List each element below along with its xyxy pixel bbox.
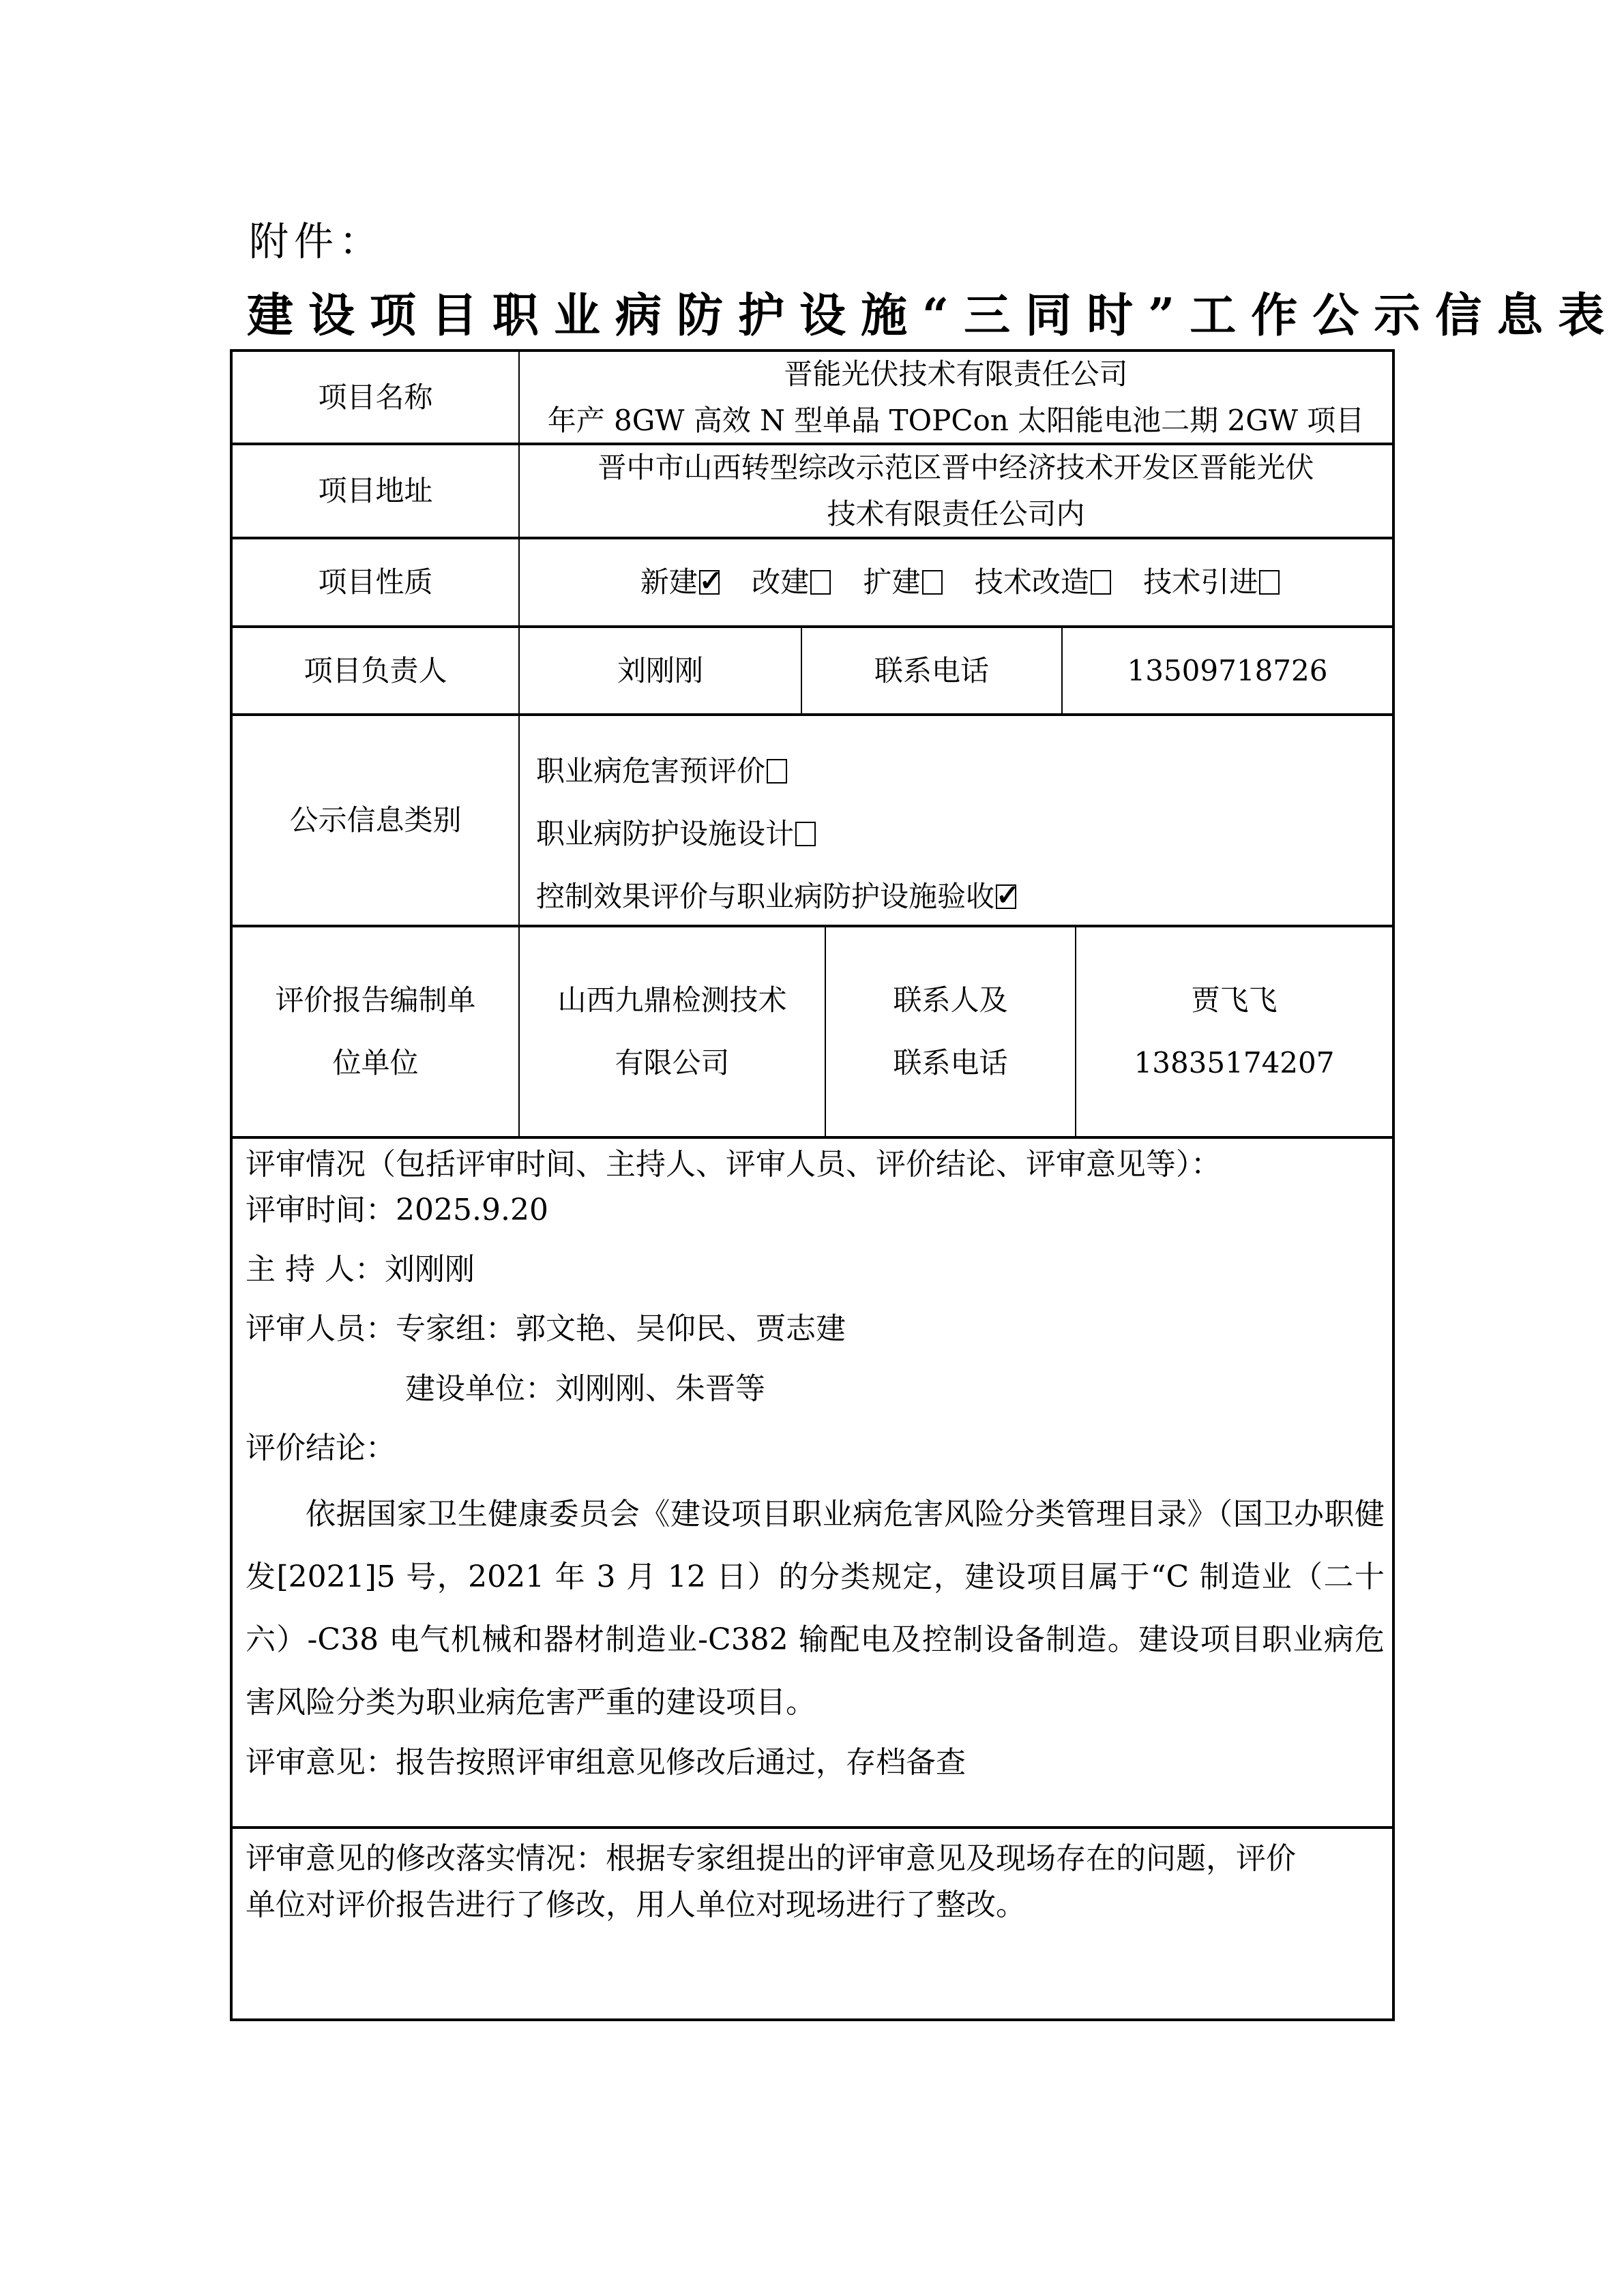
info-category-label: 公示信息类别 <box>289 797 461 844</box>
reviewers-builder-line: 建设单位：刘刚刚、朱晋等 <box>405 1369 765 1410</box>
project-leader-label-cell: 项目负责人 <box>233 628 518 713</box>
leader-phone-label-cell: 联系电话 <box>802 628 1061 713</box>
checkbox-checked-icon[interactable] <box>996 884 1016 909</box>
project-address-line2: 技术有限责任公司内 <box>597 491 1314 537</box>
review-host-line: 主 持 人：刘刚刚 <box>246 1249 475 1290</box>
nature-option-new[interactable]: 新建 <box>640 565 720 599</box>
reviewers-builders: 刘刚刚、朱晋等 <box>555 1371 765 1406</box>
project-name-value-cell: 晋能光伏技术有限责任公司 年产 8GW 高效 N 型单晶 TOPCon 太阳能电… <box>520 352 1392 443</box>
conclusion-text: 依据国家卫生健康委员会《建设项目职业病危害风险分类管理目录》（国卫办职健发[20… <box>246 1483 1385 1734</box>
project-address-value-cell: 晋中市山西转型综改示范区晋中经济技术开发区晋能光伏 技术有限责任公司内 <box>520 445 1392 537</box>
checkbox-icon[interactable] <box>767 759 787 784</box>
reviewers-experts: 郭文艳、吴仰民、贾志建 <box>516 1311 846 1346</box>
contact-label-line2: 联系电话 <box>893 1032 1007 1094</box>
report-unit-label-line1: 评价报告编制单 <box>275 969 475 1032</box>
review-time: 2025.9.20 <box>396 1193 548 1227</box>
nature-option-rebuild[interactable]: 改建 <box>752 565 831 599</box>
project-address-line1: 晋中市山西转型综改示范区晋中经济技术开发区晋能光伏 <box>597 445 1314 491</box>
project-nature-label-cell: 项目性质 <box>233 539 518 625</box>
project-address-label: 项目地址 <box>318 468 432 514</box>
report-unit-name-line2: 有限公司 <box>557 1032 786 1094</box>
project-nature-options-cell: 新建 改建 扩建 技术改造 技术引进 <box>520 539 1392 625</box>
category-option-facility-design[interactable]: 职业病防护设施设计 <box>536 811 816 852</box>
project-leader-label: 项目负责人 <box>304 648 447 694</box>
page-title: 建设项目职业病防护设施“三同时”工作公示信息表 <box>247 285 1619 346</box>
checkbox-icon[interactable] <box>1091 570 1111 595</box>
checkbox-checked-icon[interactable] <box>699 570 720 595</box>
leader-phone: 13509718726 <box>1127 648 1328 694</box>
implementation-line2: 单位对评价报告进行了修改，用人单位对现场进行了整改。 <box>246 1885 1026 1926</box>
attachment-label: 附件： <box>249 217 384 266</box>
table-border-bottom <box>230 2018 1395 2021</box>
project-name-label-cell: 项目名称 <box>233 352 518 443</box>
review-time-line: 评审时间：2025.9.20 <box>246 1190 548 1231</box>
category-option-control-acceptance[interactable]: 控制效果评价与职业病防护设施验收 <box>536 874 1016 915</box>
reviewers-experts-line: 评审人员：专家组：郭文艳、吴仰民、贾志建 <box>246 1309 846 1350</box>
implementation-section: 评审意见的修改落实情况：根据专家组提出的评审意见及现场存在的问题，评价 单位对评… <box>246 1829 1385 2018</box>
project-nature-label: 项目性质 <box>318 559 432 606</box>
contact-label-line1: 联系人及 <box>893 969 1007 1032</box>
contact-name: 贾飞飞 <box>1134 969 1335 1032</box>
report-unit-label-cell: 评价报告编制单 位单位 <box>233 927 518 1136</box>
project-address-label-cell: 项目地址 <box>233 445 518 537</box>
project-leader-name: 刘刚刚 <box>617 648 703 694</box>
nature-option-tech-import[interactable]: 技术引进 <box>1143 565 1280 599</box>
nature-option-expand[interactable]: 扩建 <box>863 565 942 599</box>
project-leader-name-cell: 刘刚刚 <box>520 628 801 713</box>
info-category-options: 职业病危害预评价 职业病防护设施设计 控制效果评价与职业病防护设施验收 <box>536 716 1389 925</box>
implementation-line1: 评审意见的修改落实情况：根据专家组提出的评审意见及现场存在的问题，评价 <box>246 1838 1296 1879</box>
category-option-pre-assessment[interactable]: 职业病危害预评价 <box>536 749 787 790</box>
review-opinion: 报告按照评审组意见修改后通过，存档备查 <box>396 1745 966 1780</box>
report-unit-name-cell: 山西九鼎检测技术 有限公司 <box>520 927 825 1136</box>
project-name-label: 项目名称 <box>318 374 432 421</box>
review-heading: 评审情况（包括评审时间、主持人、评审人员、评价结论、评审意见等）： <box>246 1144 1221 1185</box>
project-name-project: 年产 8GW 高效 N 型单晶 TOPCon 太阳能电池二期 2GW 项目 <box>548 398 1365 444</box>
review-host: 刘刚刚 <box>385 1252 475 1287</box>
contact-label-cell: 联系人及 联系电话 <box>826 927 1075 1136</box>
checkbox-icon[interactable] <box>1259 570 1280 595</box>
checkbox-icon[interactable] <box>810 570 831 595</box>
nature-option-tech-upgrade[interactable]: 技术改造 <box>975 565 1111 599</box>
info-category-label-cell: 公示信息类别 <box>233 716 518 925</box>
checkbox-icon[interactable] <box>795 822 816 846</box>
leader-phone-label: 联系电话 <box>874 648 989 694</box>
conclusion-label: 评价结论： <box>246 1428 396 1469</box>
contact-phone: 13835174207 <box>1134 1032 1335 1094</box>
project-name-company: 晋能光伏技术有限责任公司 <box>548 351 1365 398</box>
report-unit-name-line1: 山西九鼎检测技术 <box>557 969 786 1032</box>
table-border-right <box>1392 349 1395 2021</box>
contact-value-cell: 贾飞飞 13835174207 <box>1076 927 1392 1136</box>
leader-phone-cell: 13509718726 <box>1063 628 1392 713</box>
report-unit-label-line2: 位单位 <box>275 1032 475 1094</box>
checkbox-icon[interactable] <box>922 570 943 595</box>
